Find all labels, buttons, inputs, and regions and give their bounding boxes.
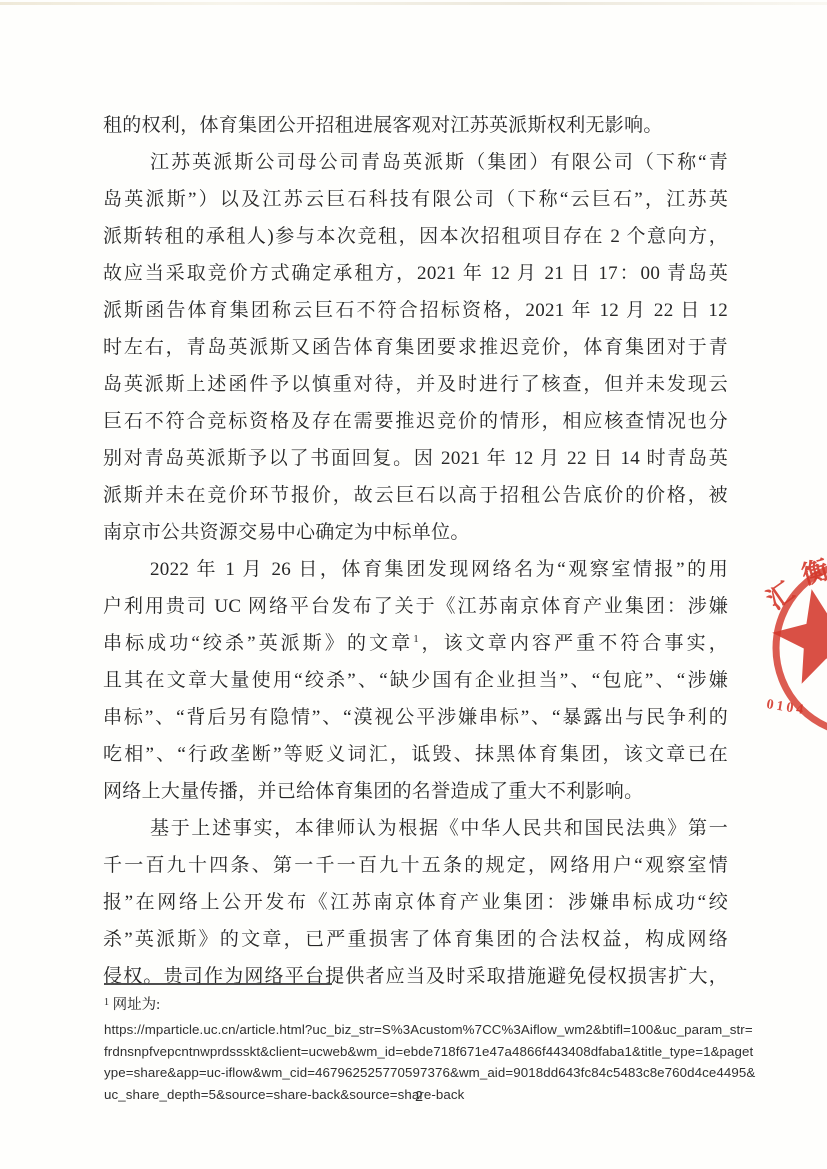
footnote-label-text: 网址为: [113, 997, 161, 1013]
seal-serial: 0104 [765, 697, 807, 718]
text-line: 派斯转租的承租人)参与本次竞租，因本次招租项目存在 2 个意向方， [103, 218, 728, 255]
text-line: 串标成功“绞杀”英派斯》的文章1，该文章内容严重不符合事实， [103, 625, 728, 662]
text-line: 报”在网络上公开发布《江苏南京体育产业集团：涉嫌串标成功“绞 [103, 884, 728, 921]
scan-edge-artifact [0, 2, 827, 5]
seal-star-icon [765, 579, 827, 687]
text-line: 时左右，青岛英派斯又函告体育集团要求推迟竞价，体育集团对于青 [103, 329, 728, 366]
footnote-marker: 1 [104, 997, 109, 1008]
scanned-page: 租的权利，体育集团公开招租进展客观对江苏英派斯权利无影响。江苏英派斯公司母公司青… [0, 0, 827, 1169]
text-line: 岛英派斯”）以及江苏云巨石科技有限公司（下称“云巨石”，江苏英 [103, 181, 728, 218]
seal-ring [776, 562, 827, 734]
page-number: 2 [103, 1089, 735, 1105]
text-line: 千一百九十四条、第一千一百九十五条的规定，网络用户“观察室情 [103, 847, 728, 884]
text-line: 串标”、“背后另有隐情”、“漠视公平涉嫌串标”、“暴露出与民争利的 [103, 699, 728, 736]
text-line: 且其在文章大量使用“绞杀”、“缺少国有企业担当”、“包庇”、“涉嫌 [103, 662, 728, 699]
text-line: 派斯函告体育集团称云巨石不符合招标资格，2021 年 12 月 22 日 12 [103, 292, 728, 329]
text-line: 2022 年 1 月 26 日，体育集团发现网络名为“观察室情报”的用 [103, 551, 728, 588]
text-line: 南京市公共资源交易中心确定为中标单位。 [103, 514, 728, 551]
seal-arc-char-1: 汇 [762, 577, 800, 616]
text-line: 故应当采取竞价方式确定承租方，2021 年 12 月 21 日 17：00 青岛… [103, 255, 728, 292]
footnote-separator [104, 983, 332, 985]
text-line: 基于上述事实，本律师认为根据《中华人民共和国民法典》第一 [103, 810, 728, 847]
document-body: 租的权利，体育集团公开招租进展客观对江苏英派斯权利无影响。江苏英派斯公司母公司青… [103, 107, 728, 995]
text-line: 别对青岛英派斯予以了书面回复。因 2021 年 12 月 22 日 14 时青岛… [103, 440, 728, 477]
text-line: 巨石不符合竞标资格及存在需要推迟竞价的情形，相应核查情况也分 [103, 403, 728, 440]
text-line: 江苏英派斯公司母公司青岛英派斯（集团）有限公司（下称“青 [103, 144, 728, 181]
text-line: 岛英派斯上述函件予以慎重对待，并及时进行了核查，但并未发现云 [103, 366, 728, 403]
footnote-label: 1 网址为: [104, 993, 756, 1014]
text-line: 户利用贵司 UC 网络平台发布了关于《江苏南京体育产业集团：涉嫌 [103, 588, 728, 625]
red-seal: 汇 衡 0104 [758, 548, 827, 760]
text-line: 吃相”、“行政垄断”等贬义词汇，诋毁、抹黑体育集团，该文章已在 [103, 736, 728, 773]
text-line: 派斯并未在竞价环节报价，故云巨石以高于招租公告底价的价格，被 [103, 477, 728, 514]
footnote: 1 网址为: https://mparticle.uc.cn/article.h… [104, 983, 756, 1105]
seal-arc-char-2: 衡 [799, 555, 827, 590]
text-line: 租的权利，体育集团公开招租进展客观对江苏英派斯权利无影响。 [103, 107, 728, 144]
text-line: 网络上大量传播，并已给体育集团的名誉造成了重大不利影响。 [103, 773, 728, 810]
text-line: 杀”英派斯》的文章，已严重损害了体育集团的合法权益，构成网络 [103, 921, 728, 958]
